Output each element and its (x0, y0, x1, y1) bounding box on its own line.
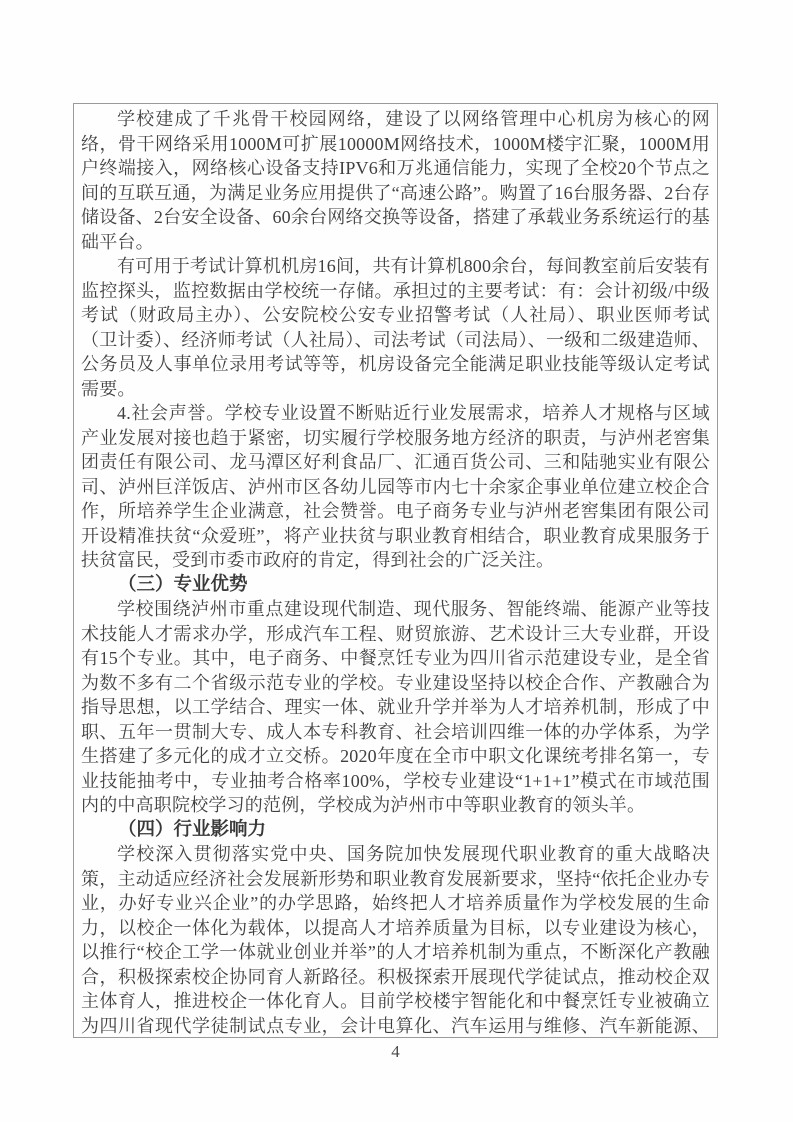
section-heading-specialty-advantage: （三）专业优势 (81, 573, 710, 598)
section-heading-industry-influence: （四）行业影响力 (81, 818, 710, 843)
paragraph-network-infrastructure: 学校建成了千兆骨干校园网络，建设了以网络管理中心机房为核心的网络，骨干网络采用1… (81, 107, 710, 254)
paragraph-industry-influence: 学校深入贯彻落实党中央、国务院加快发展现代职业教育的重大战略决策，主动适应经济社… (81, 842, 710, 1038)
document-text-frame: 学校建成了千兆骨干校园网络，建设了以网络管理中心机房为核心的网络，骨干网络采用1… (73, 103, 718, 1038)
page-number: 4 (73, 1042, 718, 1062)
document-sheet: 学校建成了千兆骨干校园网络，建设了以网络管理中心机房为核心的网络，骨干网络采用1… (0, 0, 793, 1122)
paragraph-social-reputation: 4.社会声誉。学校专业设置不断贴近行业发展需求，培养人才规格与区域产业发展对接也… (81, 401, 710, 573)
paragraph-specialty-advantage: 学校围绕泸州市重点建设现代制造、现代服务、智能终端、能源产业等技术技能人才需求办… (81, 597, 710, 818)
paragraph-exam-computer-rooms: 有可用于考试计算机机房16间，共有计算机800余台，每间教室前后安装有监控探头，… (81, 254, 710, 401)
